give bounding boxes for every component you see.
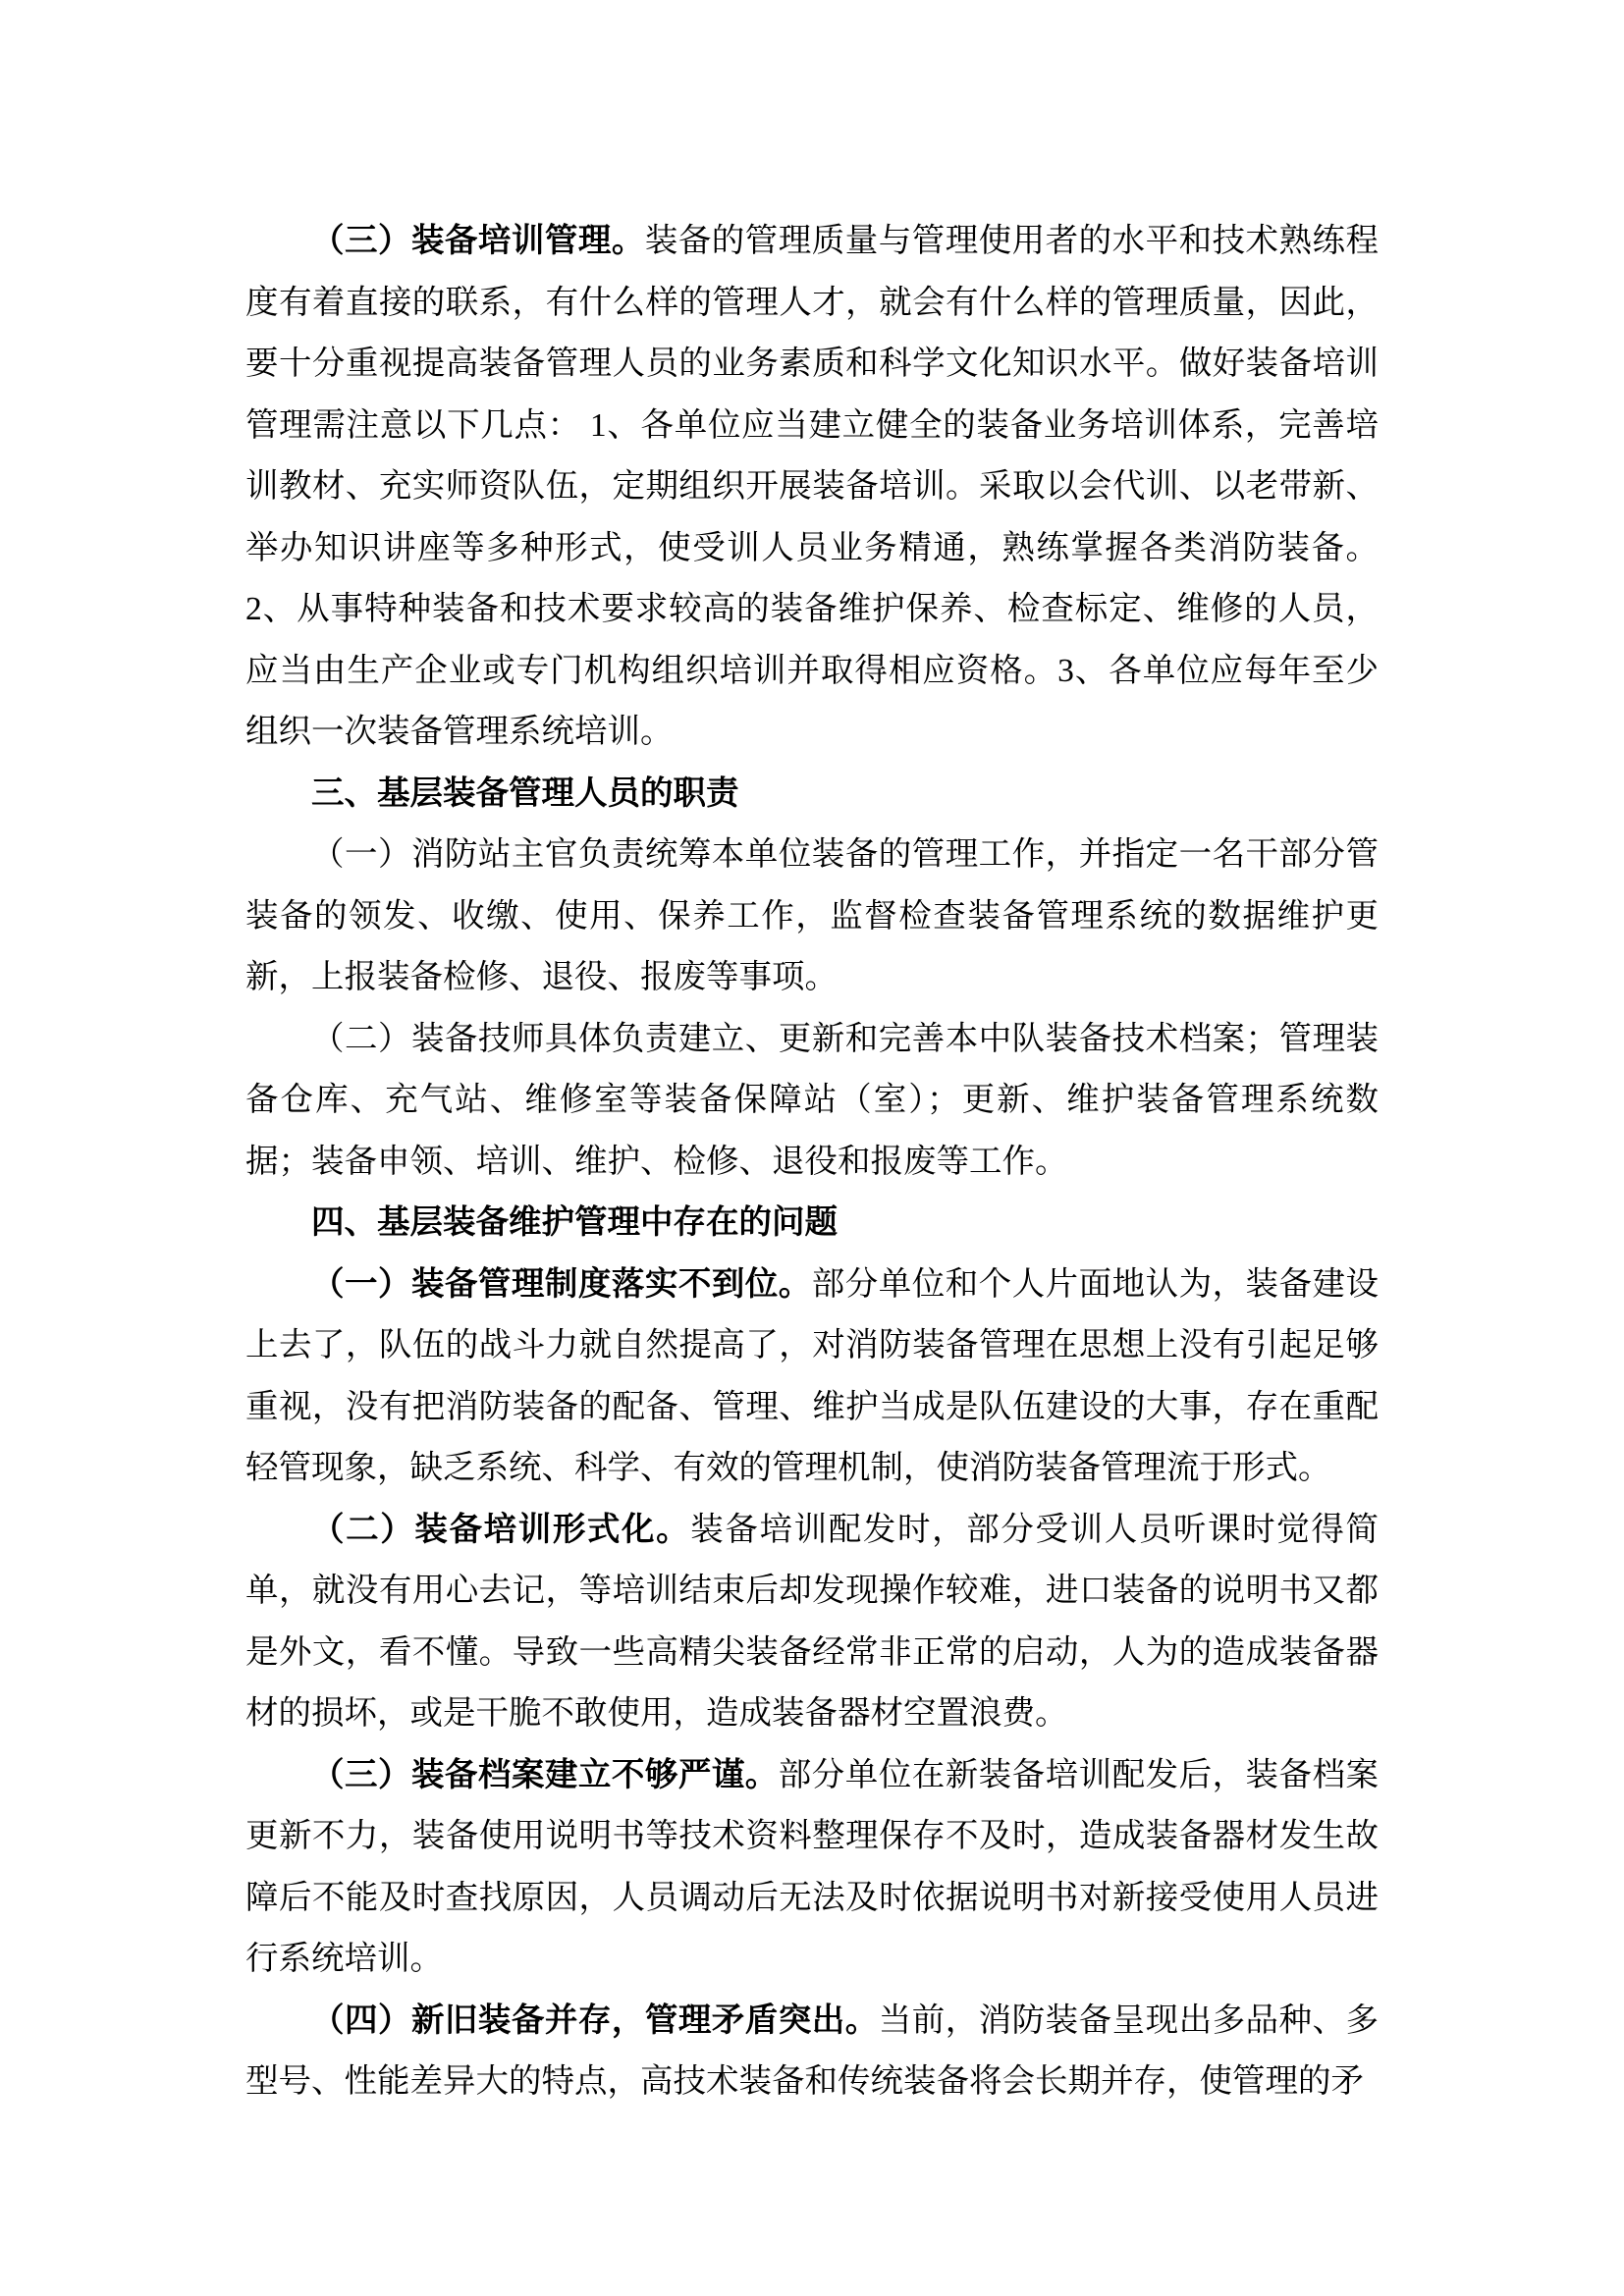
paragraph-lead: （三）装备档案建立不够严谨。: [311, 1757, 779, 1793]
paragraph-equipment-training-management: （三）装备培训管理。装备的管理质量与管理使用者的水平和技术熟练程度有着直接的联系…: [245, 211, 1379, 764]
paragraph-lead: （三）装备培训管理。: [311, 223, 645, 259]
heading-text: 四、基层装备维护管理中存在的问题: [311, 1204, 838, 1241]
paragraph-lead: （四）新旧装备并存，管理矛盾突出。: [311, 2002, 879, 2039]
paragraph-text: （一）消防站主官负责统筹本单位装备的管理工作，并指定一名干部分管装备的领发、收缴…: [245, 836, 1379, 995]
paragraph-station-officer-duty: （一）消防站主官负责统筹本单位装备的管理工作，并指定一名干部分管装备的领发、收缴…: [245, 825, 1379, 1009]
paragraph-text: 装备的管理质量与管理使用者的水平和技术熟练程度有着直接的联系，有什么样的管理人才…: [245, 223, 1379, 750]
paragraph-problem-old-new-coexist: （四）新旧装备并存，管理矛盾突出。当前，消防装备呈现出多品种、多型号、性能差异大…: [245, 1991, 1379, 2113]
paragraph-text: （二）装备技师具体负责建立、更新和完善本中队装备技术档案；管理装备仓库、充气站、…: [245, 1021, 1379, 1180]
paragraph-problem-system-implementation: （一）装备管理制度落实不到位。部分单位和个人片面地认为，装备建设上去了，队伍的战…: [245, 1255, 1379, 1500]
paragraph-lead: （二）装备培训形式化。: [311, 1512, 690, 1548]
section-heading-problems: 四、基层装备维护管理中存在的问题: [245, 1193, 1379, 1255]
paragraph-lead: （一）装备管理制度落实不到位。: [311, 1266, 812, 1303]
document-page: （三）装备培训管理。装备的管理质量与管理使用者的水平和技术熟练程度有着直接的联系…: [0, 0, 1624, 2296]
paragraph-equipment-technician-duty: （二）装备技师具体负责建立、更新和完善本中队装备技术档案；管理装备仓库、充气站、…: [245, 1009, 1379, 1194]
section-heading-duties: 三、基层装备管理人员的职责: [245, 764, 1379, 826]
paragraph-problem-archive-rigor: （三）装备档案建立不够严谨。部分单位在新装备培训配发后，装备档案更新不力，装备使…: [245, 1745, 1379, 1991]
heading-text: 三、基层装备管理人员的职责: [311, 775, 739, 812]
paragraph-problem-training-formalism: （二）装备培训形式化。装备培训配发时，部分受训人员听课时觉得简单，就没有用心去记…: [245, 1500, 1379, 1745]
